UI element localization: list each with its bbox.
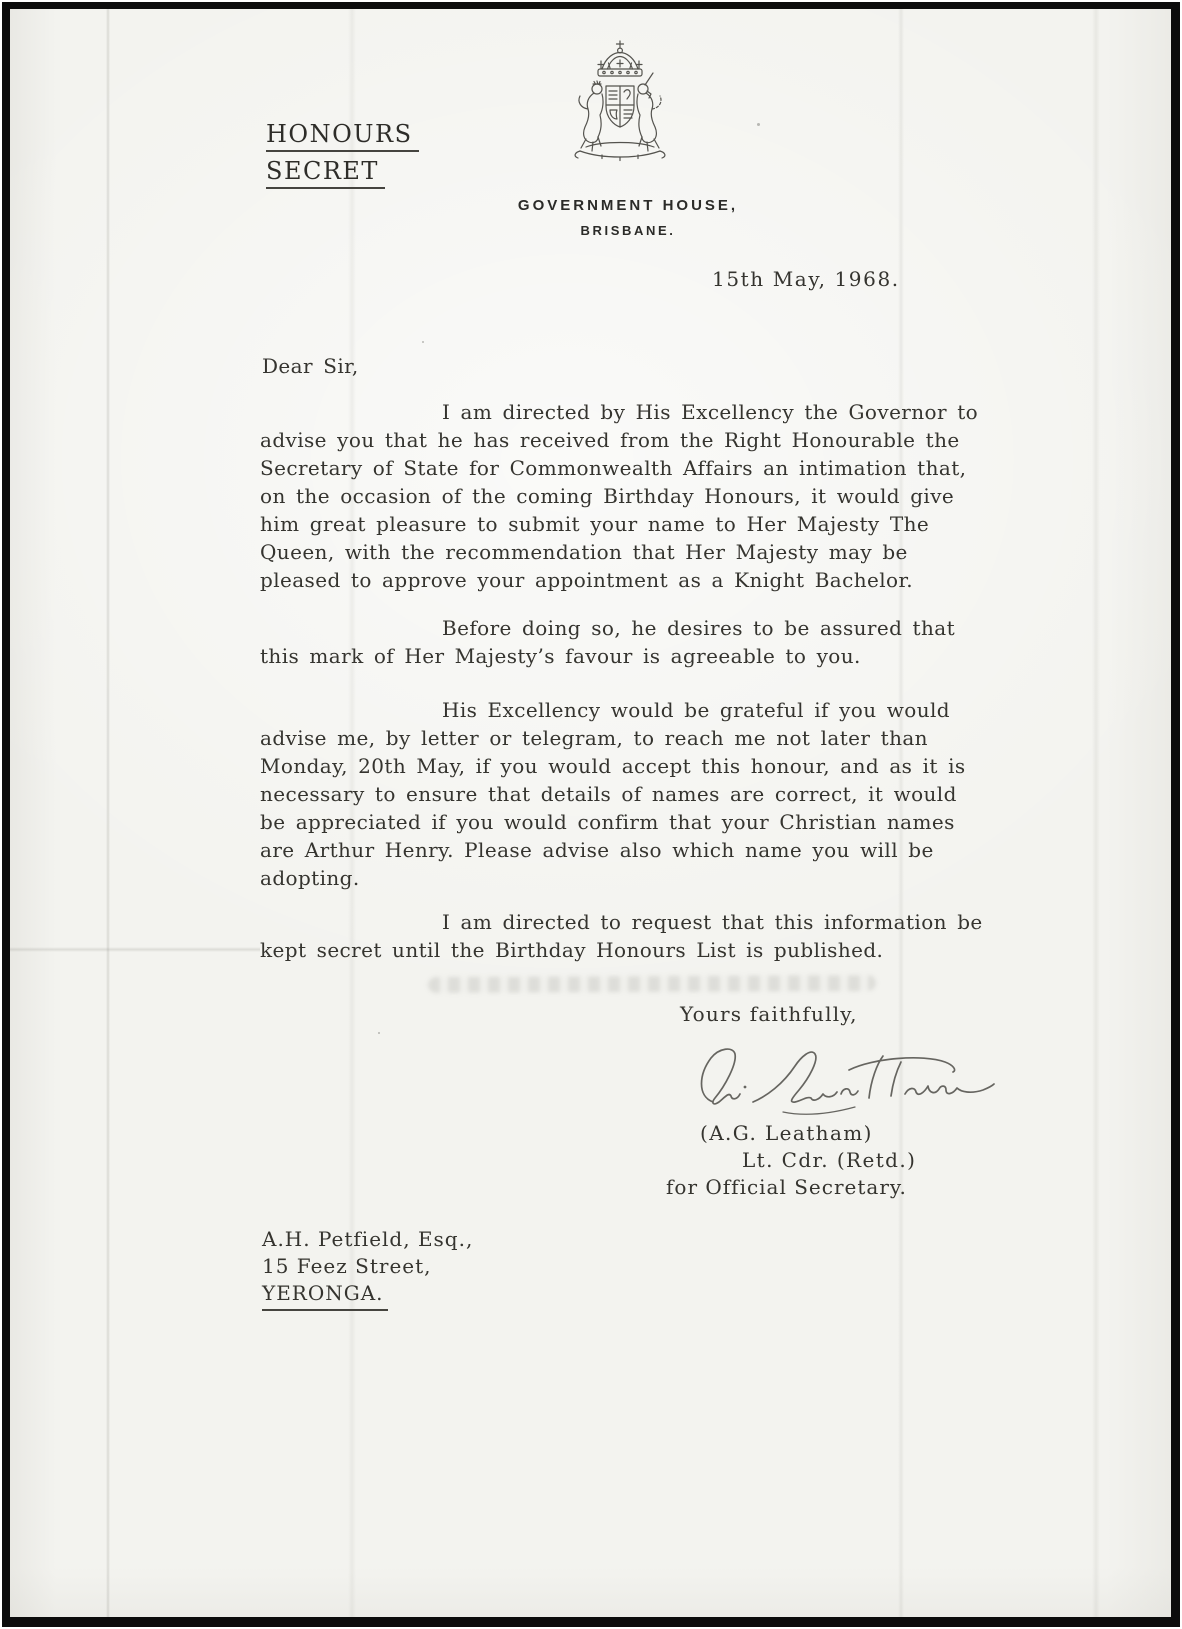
- paper-speck: [422, 341, 424, 343]
- closing: Yours faithfully,: [680, 1002, 858, 1026]
- paragraph-1: I am directed by His Excellency the Gove…: [260, 398, 1028, 594]
- signatory-rank: Lt. Cdr. (Retd.): [742, 1148, 916, 1172]
- paper-fold-line: [1092, 9, 1100, 1617]
- classification-secret: SECRET: [266, 157, 385, 189]
- recipient-address: A.H. Petfield, Esq., 15 Feez Street, YER…: [262, 1226, 473, 1311]
- paper-speck: [757, 123, 760, 126]
- paper-speck: [378, 1032, 380, 1034]
- letter-date: 15th May, 1968.: [712, 267, 900, 291]
- scanned-letter-page: HONOURS SECRET: [0, 0, 1182, 1629]
- recipient-locality: YERONGA.: [262, 1280, 388, 1311]
- royal-coat-of-arms-icon: [550, 38, 690, 166]
- signatory-name: (A.G. Leatham): [700, 1121, 873, 1145]
- handwritten-signature: [683, 1040, 1001, 1122]
- classification-block: HONOURS SECRET: [266, 120, 419, 194]
- salutation: Dear Sir,: [262, 352, 359, 380]
- bleed-through-smudge: [428, 975, 876, 993]
- signatory-role: for Official Secretary.: [666, 1175, 907, 1199]
- paper-fold-line: [106, 9, 110, 1617]
- paragraph-2: Before doing so, he desires to be assure…: [260, 614, 1028, 670]
- recipient-street: 15 Feez Street,: [262, 1253, 473, 1280]
- recipient-name: A.H. Petfield, Esq.,: [262, 1226, 473, 1253]
- paragraph-3: His Excellency would be grateful if you …: [260, 696, 1028, 892]
- letterhead: GOVERNMENT HOUSE, BRISBANE.: [478, 197, 778, 238]
- letterhead-city: BRISBANE.: [478, 223, 778, 238]
- paper-crease: [10, 947, 260, 952]
- classification-honours: HONOURS: [266, 120, 419, 152]
- letterhead-office: GOVERNMENT HOUSE,: [478, 197, 778, 214]
- paragraph-4: I am directed to request that this infor…: [260, 908, 1028, 964]
